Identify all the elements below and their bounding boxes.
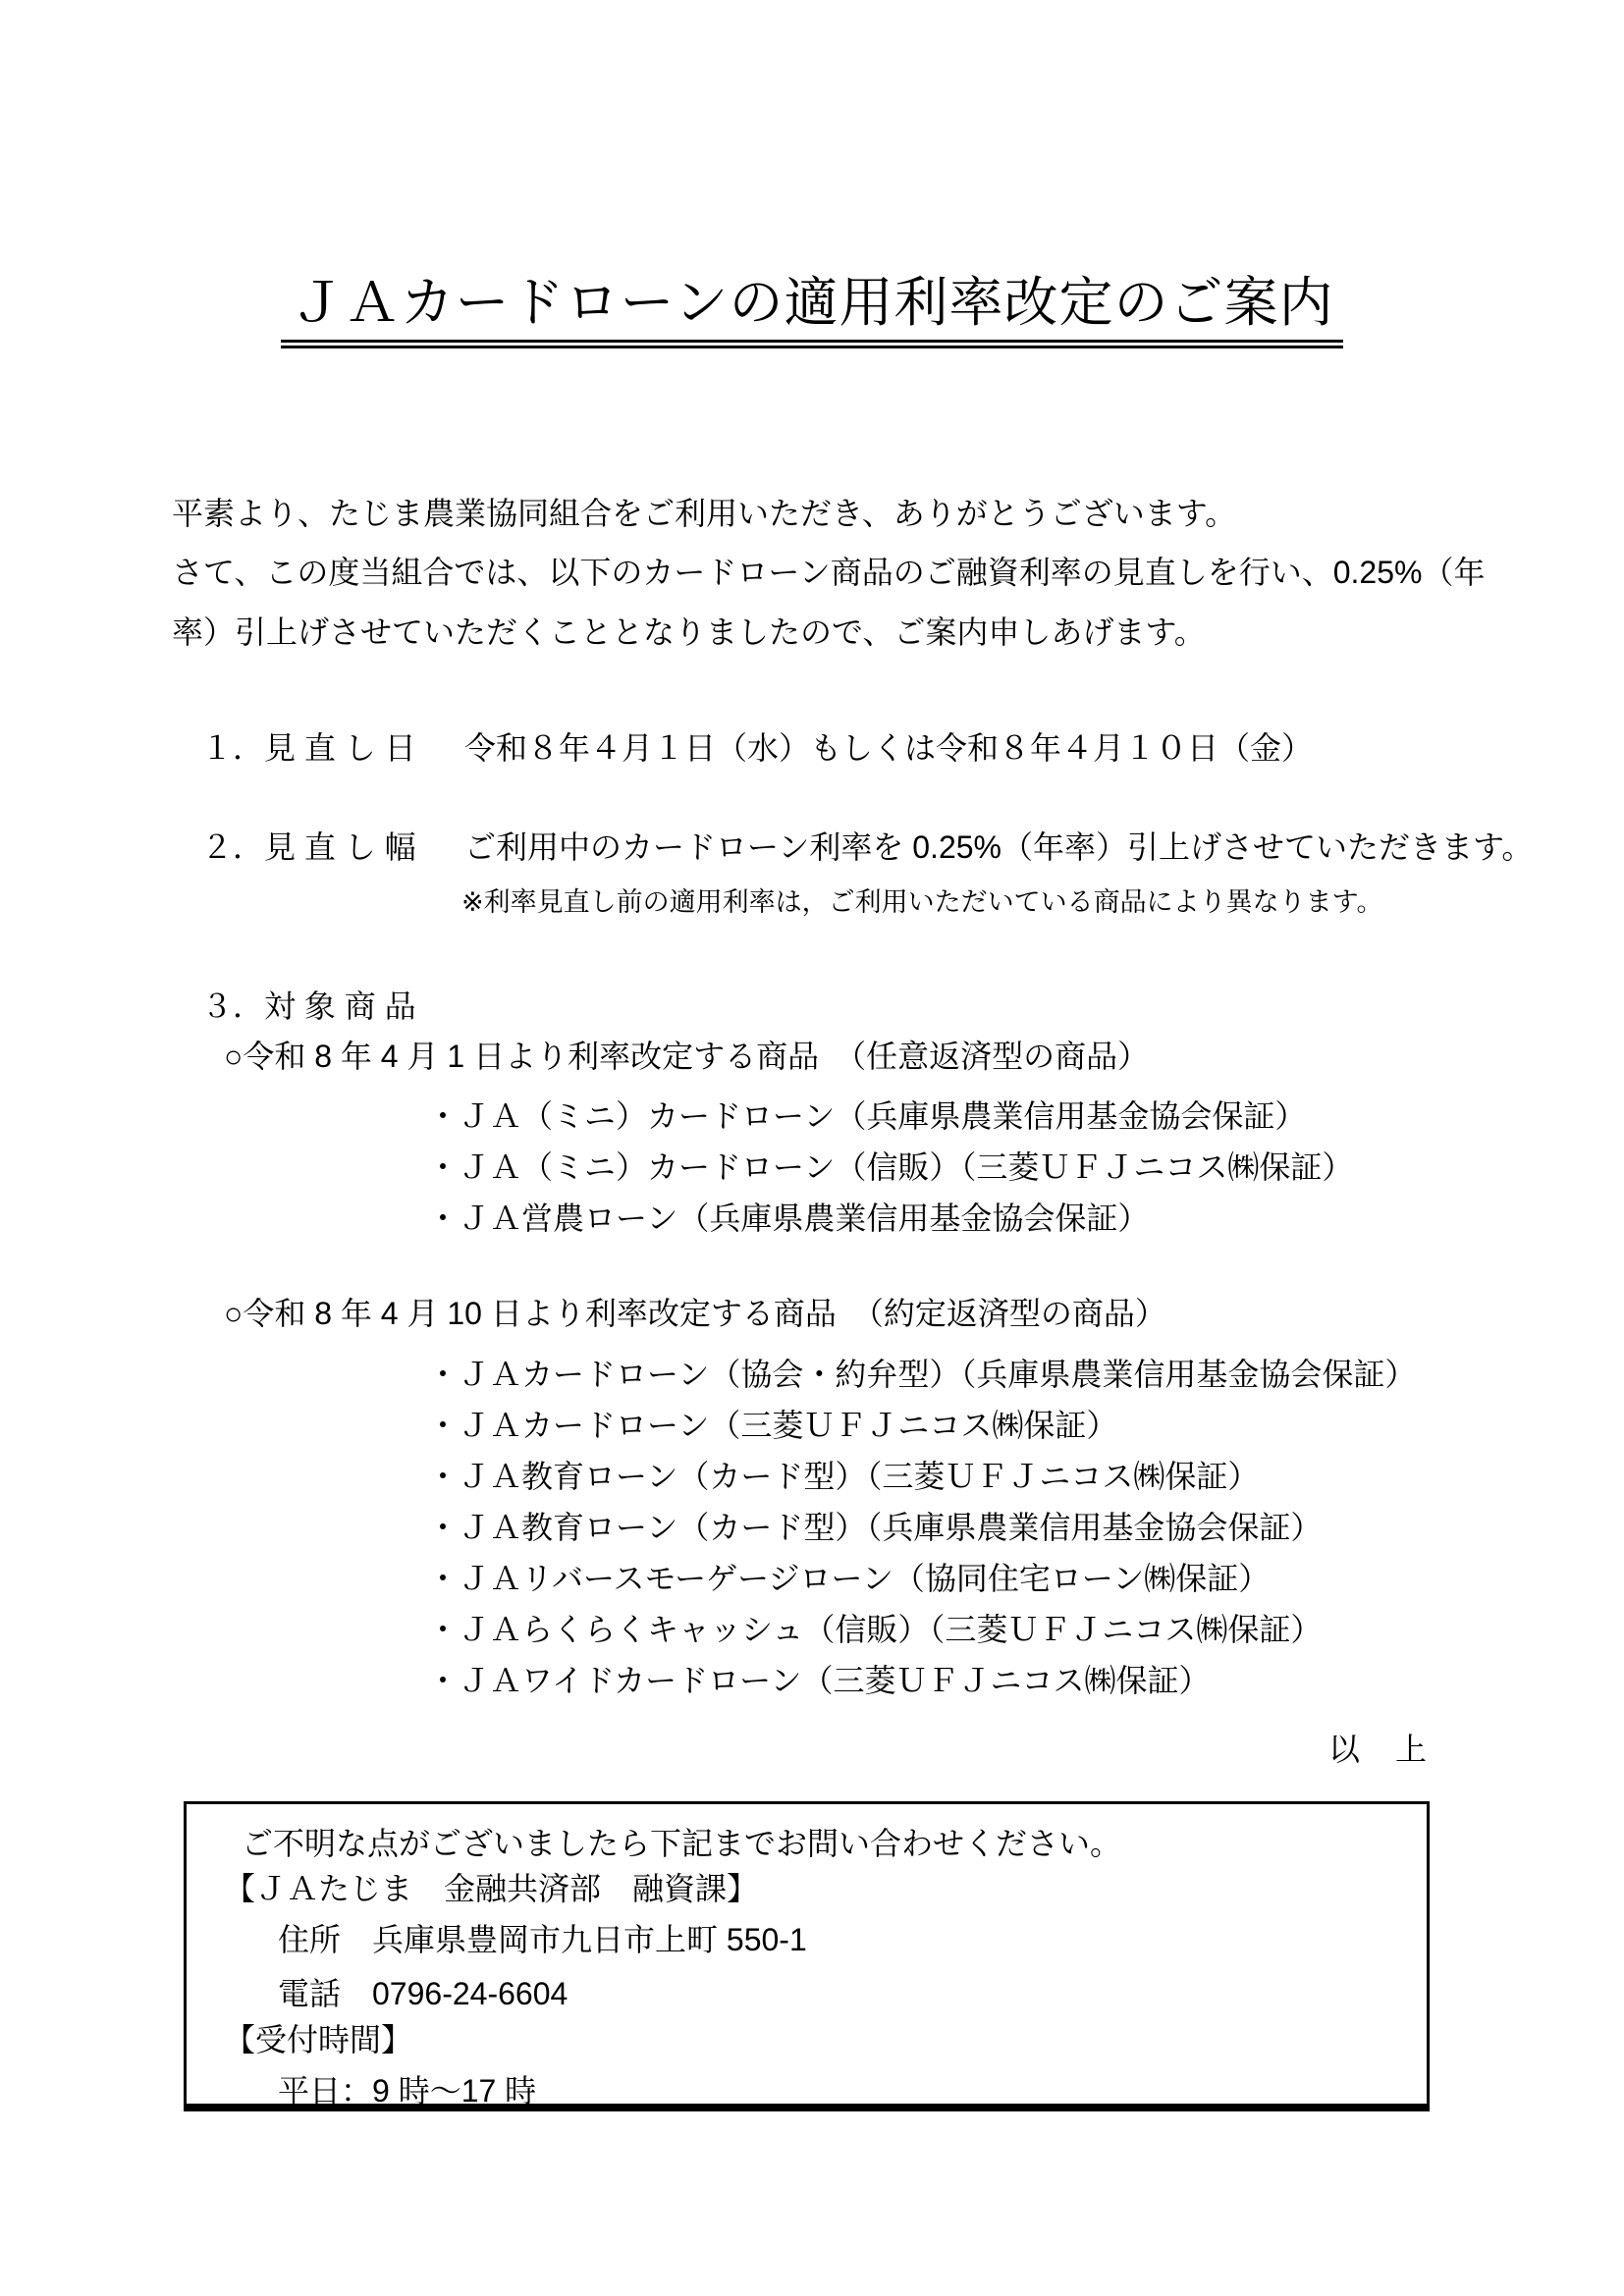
group-2-product-5: ・ＪＡリバースモーゲージローン（協同住宅ローン㈱保証）: [427, 1559, 1270, 1598]
group-2-product-6: ・ＪＡらくらくキャッシュ（信販）（三菱ＵＦＪニコス㈱保証）: [427, 1610, 1322, 1649]
group-1-product-3: ・ＪＡ営農ローン（兵庫県農業信用基金協会保証）: [427, 1199, 1149, 1238]
title-wrap: ＪＡカードローンの適用利率改定のご案内: [0, 271, 1624, 348]
group-2-product-4: ・ＪＡ教育ローン（カード型）（兵庫県農業信用基金協会保証）: [427, 1508, 1322, 1547]
intro-line-2: さて、この度当組合では、以下のカードローン商品のご融資利率の見直しを行い、0.2…: [172, 553, 1485, 592]
document-page: ＪＡカードローンの適用利率改定のご案内 平素より、たじま農業協同組合をご利用いた…: [0, 0, 1624, 2296]
rate-note: ※利率見直し前の適用利率は，ご利用いただいている商品により異なります。: [461, 885, 1382, 919]
contact-box: ご不明な点がございましたら下記までお問い合わせください。 【ＪＡたじま 金融共済…: [184, 1801, 1430, 2111]
group-2-product-2: ・ＪＡカードローン（三菱ＵＦＪニコス㈱保証）: [427, 1406, 1117, 1445]
group-2-product-3: ・ＪＡ教育ローン（カード型）（三菱ＵＦＪニコス㈱保証）: [427, 1457, 1259, 1496]
group-1-heading: ○令和 8 年 4 月 1 日より利率改定する商品 （任意返済型の商品）: [224, 1037, 1149, 1076]
item-3-label: ３．対 象 商 品: [201, 987, 416, 1026]
closing-text: 以 上: [1328, 1730, 1429, 1769]
intro-line-1: 平素より、たじま農業協同組合をご利用いただき、ありがとうございます。: [172, 494, 1236, 533]
item-2-content: ご利用中のカードローン利率を 0.25%（年率）引上げさせていただきます。: [464, 828, 1533, 867]
group-1-product-1: ・ＪＡ（ミニ）カードローン（兵庫県農業信用基金協会保証）: [427, 1096, 1306, 1136]
item-1-content: 令和８年４月１日（水）もしくは令和８年４月１０日（金）: [464, 728, 1313, 768]
contact-hours-heading: 【受付時間】: [224, 2020, 412, 2059]
intro-line-3: 率）引上げさせていただくこととなりましたので、ご案内申しあげます。: [172, 613, 1206, 652]
group-2-heading: ○令和 8 年 4 月 10 日より利率改定する商品 （約定返済型の商品）: [224, 1294, 1166, 1333]
contact-department: 【ＪＡたじま 金融共済部 融資課】: [224, 1869, 758, 1908]
group-1-product-2: ・ＪＡ（ミニ）カードローン（信販）（三菱ＵＦＪニコス㈱保証）: [427, 1148, 1353, 1187]
contact-phone: 電話 0796-24-6604: [278, 1974, 568, 2013]
item-1-label: １．見 直 し 日: [201, 728, 416, 768]
contact-intro: ご不明な点がございましたら下記までお問い合わせください。: [242, 1824, 1121, 1863]
item-2-label: ２．見 直 し 幅: [201, 828, 416, 867]
contact-address: 住所 兵庫県豊岡市九日市上町 550-1: [278, 1920, 807, 1959]
group-2-product-7: ・ＪＡワイドカードローン（三菱ＵＦＪニコス㈱保証）: [427, 1661, 1210, 1700]
contact-hours: 平日：9 時～17 時: [278, 2071, 536, 2110]
group-2-product-1: ・ＪＡカードローン（協会・約弁型）（兵庫県農業信用基金協会保証）: [427, 1355, 1416, 1394]
page-title: ＪＡカードローンの適用利率改定のご案内: [281, 271, 1344, 348]
